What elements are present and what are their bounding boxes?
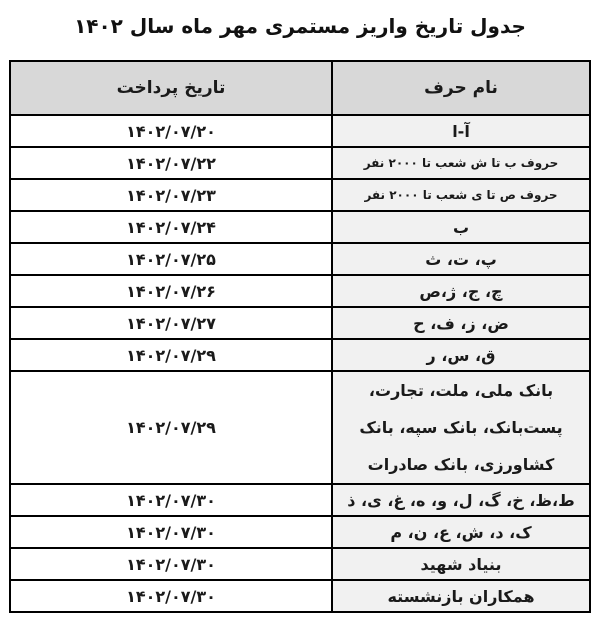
payment-date-cell: ۱۴۰۲/۰۷/۲۷: [10, 307, 332, 339]
payment-date-cell: ۱۴۰۲/۰۷/۳۰: [10, 516, 332, 548]
table-row: ط،ظ، خ، گ، ل، و، ه، غ، ی، ذ ۱۴۰۲/۰۷/۳۰: [10, 484, 590, 516]
letter-name-cell: ب: [332, 211, 590, 243]
table-row: بنیاد شهید ۱۴۰۲/۰۷/۳۰: [10, 548, 590, 580]
payment-date-cell: ۱۴۰۲/۰۷/۲۲: [10, 147, 332, 179]
payment-date-cell: ۱۴۰۲/۰۷/۲۰: [10, 115, 332, 147]
table-row: ب ۱۴۰۲/۰۷/۲۴: [10, 211, 590, 243]
letter-name-cell: بانک ملی، ملت، تجارت، پست‌بانک، بانک سپه…: [332, 371, 590, 484]
payment-date-cell: ۱۴۰۲/۰۷/۲۴: [10, 211, 332, 243]
letter-name-cell: ض، ز، ف، ح: [332, 307, 590, 339]
letter-name-cell: همکاران بازنشسته: [332, 580, 590, 612]
table-row-banks: بانک ملی، ملت، تجارت، پست‌بانک، بانک سپه…: [10, 371, 590, 484]
letter-name-cell: حروف ص تا ی شعب تا ۲۰۰۰ نفر: [332, 179, 590, 211]
payment-date-cell: ۱۴۰۲/۰۷/۳۰: [10, 548, 332, 580]
payment-date-cell: ۱۴۰۲/۰۷/۲۹: [10, 339, 332, 371]
table-row: حروف ص تا ی شعب تا ۲۰۰۰ نفر ۱۴۰۲/۰۷/۲۳: [10, 179, 590, 211]
table-header-row: نام حرف تاریخ پرداخت: [10, 61, 590, 115]
table-row: ک، د، ش، ع، ن، م ۱۴۰۲/۰۷/۳۰: [10, 516, 590, 548]
page-title: جدول تاریخ واریز مستمری مهر ماه سال ۱۴۰۲: [0, 0, 600, 38]
payment-schedule-table: نام حرف تاریخ پرداخت آ-ا ۱۴۰۲/۰۷/۲۰ حروف…: [9, 60, 591, 613]
letter-name-cell: ک، د، ش، ع، ن، م: [332, 516, 590, 548]
payment-date-cell: ۱۴۰۲/۰۷/۲۹: [10, 371, 332, 484]
letter-name-cell: ط،ظ، خ، گ، ل، و، ه، غ، ی، ذ: [332, 484, 590, 516]
table-row: ض، ز، ف، ح ۱۴۰۲/۰۷/۲۷: [10, 307, 590, 339]
table-row: آ-ا ۱۴۰۲/۰۷/۲۰: [10, 115, 590, 147]
table-row: چ، ج، ژ،ص ۱۴۰۲/۰۷/۲۶: [10, 275, 590, 307]
table-row: حروف ب تا ش شعب تا ۲۰۰۰ نفر ۱۴۰۲/۰۷/۲۲: [10, 147, 590, 179]
table-row: ق، س، ر ۱۴۰۲/۰۷/۲۹: [10, 339, 590, 371]
column-header-payment-date: تاریخ پرداخت: [10, 61, 332, 115]
letter-name-cell: بنیاد شهید: [332, 548, 590, 580]
letter-name-cell: ق، س، ر: [332, 339, 590, 371]
letter-name-cell: پ، ت، ث: [332, 243, 590, 275]
column-header-letter-name: نام حرف: [332, 61, 590, 115]
letter-name-cell: آ-ا: [332, 115, 590, 147]
payment-date-cell: ۱۴۰۲/۰۷/۳۰: [10, 484, 332, 516]
payment-date-cell: ۱۴۰۲/۰۷/۳۰: [10, 580, 332, 612]
payment-date-cell: ۱۴۰۲/۰۷/۲۵: [10, 243, 332, 275]
table-row: پ، ت، ث ۱۴۰۲/۰۷/۲۵: [10, 243, 590, 275]
letter-name-cell: حروف ب تا ش شعب تا ۲۰۰۰ نفر: [332, 147, 590, 179]
payment-date-cell: ۱۴۰۲/۰۷/۲۳: [10, 179, 332, 211]
page: جدول تاریخ واریز مستمری مهر ماه سال ۱۴۰۲…: [0, 0, 600, 638]
letter-name-cell: چ، ج، ژ،ص: [332, 275, 590, 307]
payment-date-cell: ۱۴۰۲/۰۷/۲۶: [10, 275, 332, 307]
table-row: همکاران بازنشسته ۱۴۰۲/۰۷/۳۰: [10, 580, 590, 612]
